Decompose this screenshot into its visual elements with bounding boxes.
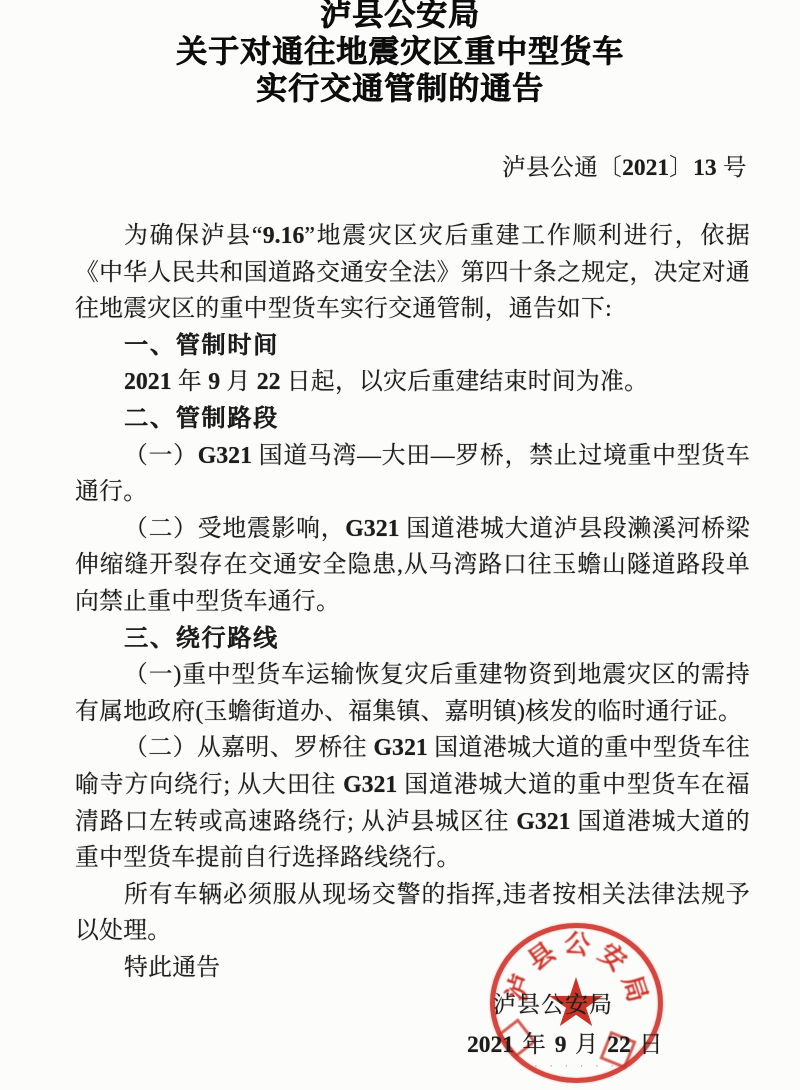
doc-number: 泸县公通〔2021〕13 号 <box>502 152 747 184</box>
body-line: 喻寺方向绕行; 从大田往 G321 国道港城大道的重中型货车在福 <box>75 767 750 804</box>
title-line-subject: 关于对通往地震灾区重中型货车 <box>0 33 800 70</box>
body-line: （二）受地震影响，G321 国道港城大道泸县段濑溪河桥梁 <box>75 511 750 548</box>
notice-document: 泸县公安局 关于对通往地震灾区重中型货车 实行交通管制的通告 泸县公通〔2021… <box>0 0 800 1090</box>
body-line: 往地震灾区的重中型货车实行交通管制，通告如下: <box>75 291 750 328</box>
signature-date: 2021 年 9 月 22 日 <box>467 1025 663 1059</box>
body-line: 有属地政府(玉蟾街道办、福集镇、嘉明镇)核发的临时通行证。 <box>75 694 750 731</box>
section-heading: 三、绕行路线 <box>75 621 750 658</box>
seal-micro-text: · · · · · · <box>490 1061 663 1071</box>
body-line: 伸缩缝开裂存在交通安全隐患,从马湾路口往玉蟾山隧道路段单 <box>75 547 750 584</box>
body-line: 向禁止重中型货车通行。 <box>75 584 750 621</box>
body-line: 所有车辆必须服从现场交警的指挥,违者按相关法律法规予 <box>75 877 750 914</box>
section-heading: 二、管制路段 <box>75 401 750 438</box>
body-line: 通行。 <box>75 474 750 511</box>
signature-agency: 泸县公安局 <box>493 986 613 1019</box>
body-line: （一)重中型货车运输恢复灾后重建物资到地震灾区的需持 <box>75 657 750 694</box>
section-heading: 一、管制时间 <box>75 328 750 365</box>
body-line: 为确保泸县“9.16”地震灾区灾后重建工作顺利进行，依据 <box>75 218 750 255</box>
body-line: 重中型货车提前自行选择路线绕行。 <box>75 840 750 877</box>
title-line-type: 实行交通管制的通告 <box>0 70 800 107</box>
body-line: 2021 年 9 月 22 日起，以灾后重建结束时间为准。 <box>75 364 750 401</box>
seal-character: 公 <box>561 929 593 961</box>
body-line: （一）G321 国道马湾—大田—罗桥，禁止过境重中型货车 <box>75 438 750 475</box>
body-line: 清路口左转或高速路绕行; 从泸县城区往 G321 国道港城大道的 <box>75 804 750 841</box>
body-line: 《中华人民共和国道路交通安全法》第四十条之规定，决定对通 <box>75 255 750 292</box>
document-title: 泸县公安局 关于对通往地震灾区重中型货车 实行交通管制的通告 <box>0 0 800 107</box>
title-line-agency: 泸县公安局 <box>0 0 800 33</box>
notice-body: 为确保泸县“9.16”地震灾区灾后重建工作顺利进行，依据 《中华人民共和国道路交… <box>75 218 750 986</box>
body-line: （二）从嘉明、罗桥往 G321 国道港城大道的重中型货车往 <box>75 730 750 767</box>
